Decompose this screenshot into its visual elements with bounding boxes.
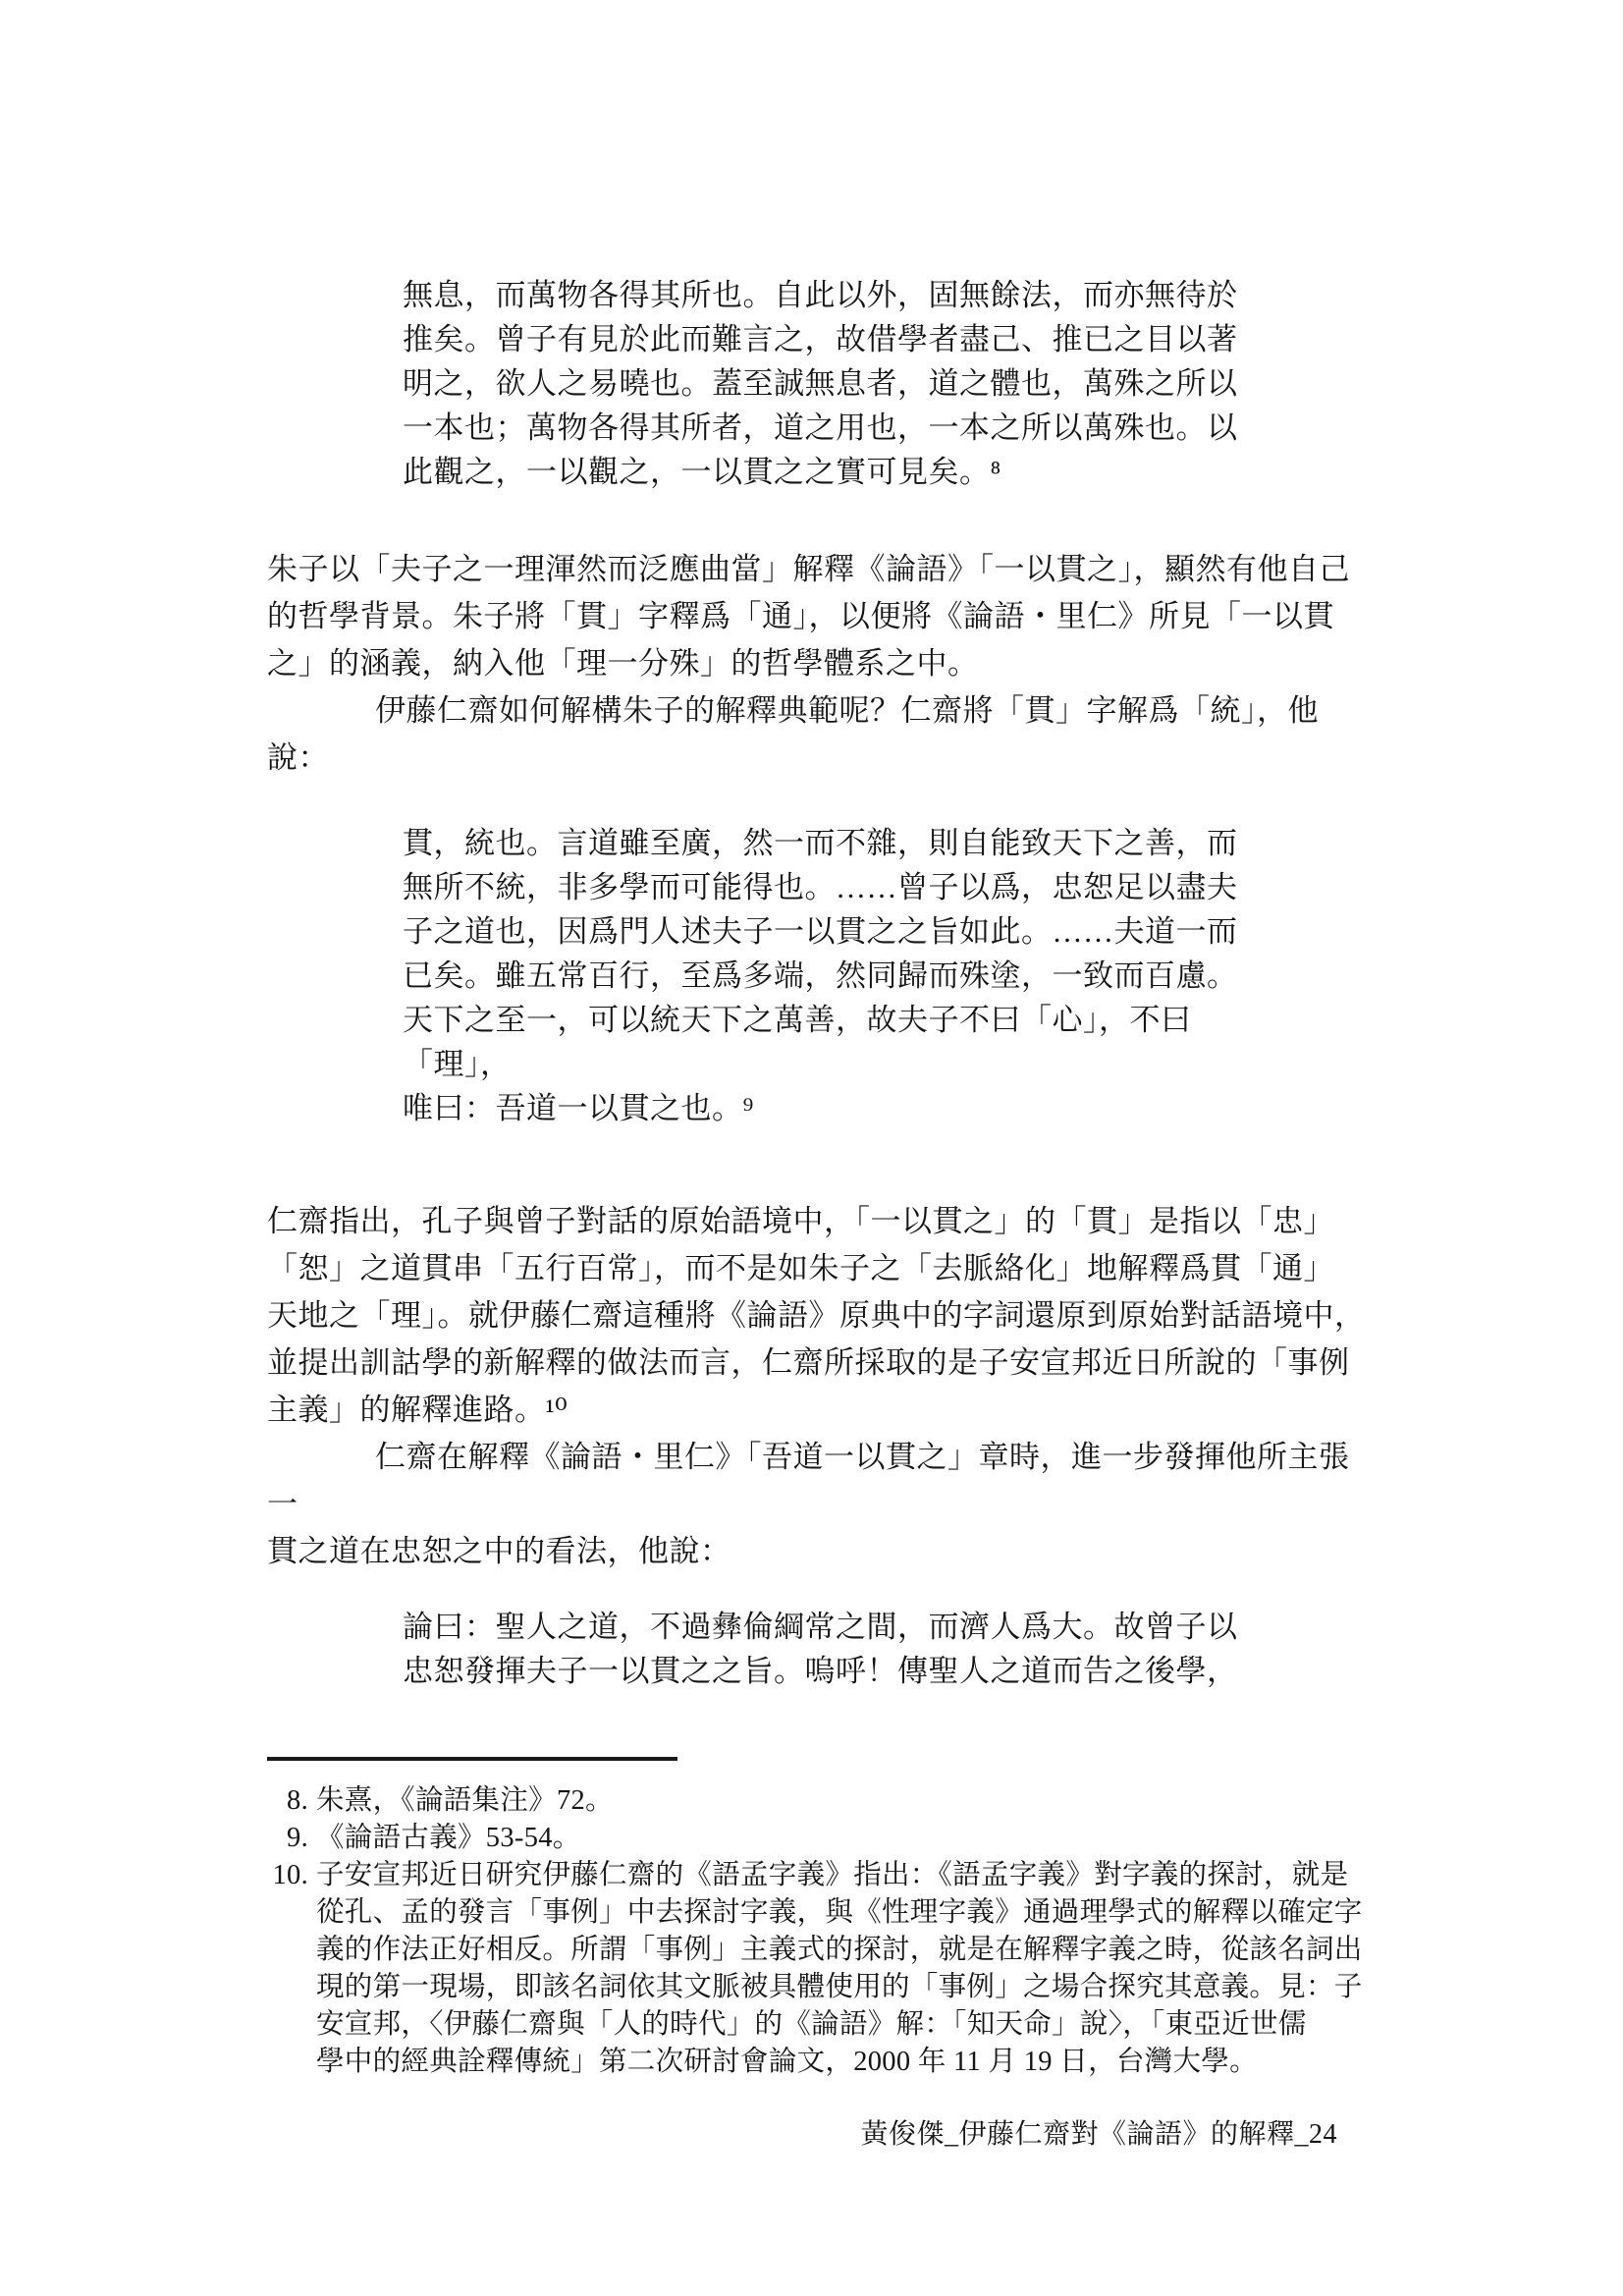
footnote-10-text: 子安宣邦近日研究伊藤仁齋的《語孟字義》指出：《語孟字義》對字義的探討，就是 從孔…: [316, 1857, 1363, 2081]
footnotes-section: 8. 朱熹，《論語集注》72。 9. 《論語古義》53-54。 10. 子安宣邦…: [267, 1782, 1370, 2081]
document-page: 無息，而萬物各得其所也。自此以外，固無餘法，而亦無待於 推矣。曾子有見於此而難言…: [0, 0, 1623, 2296]
paragraph-zhuxi-interpretation: 朱子以「夫子之一理渾然而泛應曲當」解釋《論語》「一以貫之」，顯然有他自己 的哲學…: [267, 546, 1370, 687]
footnote-separator-rule: [267, 1757, 677, 1761]
blockquote-jinsai-lunyue: 論曰：聖人之道，不過彝倫綱常之間，而濟人爲大。故曾子以 忠恕發揮夫子一以貫之之旨…: [403, 1605, 1247, 1693]
footnote-10: 10. 子安宣邦近日研究伊藤仁齋的《語孟字義》指出：《語孟字義》對字義的探討，就…: [267, 1857, 1370, 2081]
paragraph-jinsai-liren: 仁齋在解釋《論語・里仁》「吾道一以貫之」章時，進一步發揮他所主張一 貫之道在忠恕…: [267, 1434, 1370, 1575]
page-footer-running-title: 黃俊傑_伊藤仁齋對《論語》的解釋_24: [267, 2116, 1370, 2154]
blockquote-jinsai-guan-tong: 貫，統也。言道雖至廣，然一而不雜，則自能致天下之善，而 無所不統，非多學而可能得…: [403, 821, 1247, 1130]
footnote-10-number: 10.: [267, 1857, 308, 1894]
paragraph-jinsai-analysis: 仁齋指出，孔子與曾子對話的原始語境中，「一以貫之」的「貫」是指以「忠」 「恕」之…: [267, 1198, 1370, 1434]
paragraph-jinsai-question: 伊藤仁齋如何解構朱子的解釋典範呢？仁齋將「貫」字解爲「統」，他說：: [267, 687, 1370, 782]
document-body: 無息，而萬物各得其所也。自此以外，固無餘法，而亦無待於 推矣。曾子有見於此而難言…: [267, 0, 1370, 2154]
footnote-9: 9. 《論語古義》53-54。: [267, 1820, 1370, 1857]
footnote-9-text: 《論語古義》53-54。: [316, 1820, 581, 1857]
footnote-9-number: 9.: [267, 1820, 308, 1857]
footnote-8-number: 8.: [267, 1782, 308, 1820]
blockquote-zhuxi-commentary: 無息，而萬物各得其所也。自此以外，固無餘法，而亦無待於 推矣。曾子有見於此而難言…: [403, 273, 1247, 494]
footnote-8-text: 朱熹，《論語集注》72。: [316, 1782, 614, 1820]
footnote-8: 8. 朱熹，《論語集注》72。: [267, 1782, 1370, 1820]
